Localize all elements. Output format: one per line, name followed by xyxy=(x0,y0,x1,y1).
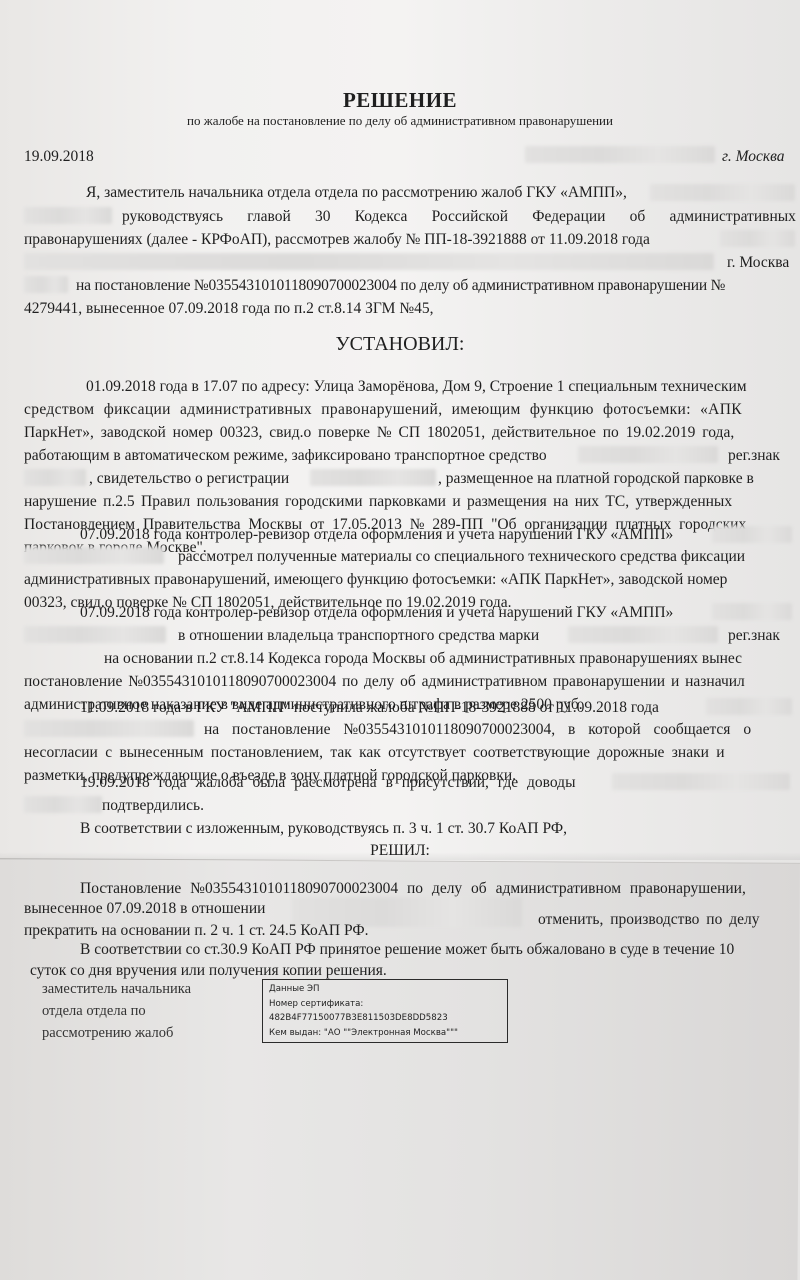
redacted-address xyxy=(24,253,714,270)
redacted-vehicle xyxy=(578,446,718,463)
redacted-name xyxy=(720,230,795,247)
redacted-name xyxy=(24,626,166,643)
ep-cert-label: Номер сертификата: xyxy=(269,997,501,1012)
established-p1-line: , размещенное на платной городской парко… xyxy=(438,470,754,488)
signatory-position: заместитель начальника отдела отдела по … xyxy=(42,978,191,1044)
redacted-address xyxy=(525,146,715,163)
intro-line-4: г. Москва xyxy=(727,254,789,272)
document-city: г. Москва xyxy=(722,148,785,166)
established-p2-line: 07.09.2018 года контролер-ревизор отдела… xyxy=(80,526,673,544)
established-p1-line: нарушение п.2.5 Правил пользования город… xyxy=(24,493,732,511)
redacted-name xyxy=(712,603,792,620)
established-p2-line: рассмотрел полученные материалы со специ… xyxy=(178,548,745,566)
redacted-text xyxy=(24,276,68,293)
electronic-signature-box: Данные ЭП Номер сертификата: 482B4F77150… xyxy=(262,979,508,1043)
intro-line-5: на постановление №0355431010118090700023… xyxy=(76,277,725,295)
established-p4-line: 11.09.2018 года в ГКУ "АМПП" поступила ж… xyxy=(80,699,659,717)
established-p6-line: В соответствии с изложенным, руководству… xyxy=(80,820,567,838)
redacted-name xyxy=(706,698,792,715)
established-p1-label: , свидетельство о регистрации xyxy=(89,470,289,488)
redacted-name xyxy=(650,184,795,201)
section-decided-heading: РЕШИЛ: xyxy=(0,842,800,860)
decided-p1-line: отменить, производство по делу xyxy=(538,911,759,929)
established-p3-label: рег.знак xyxy=(728,627,780,645)
intro-line-1: Я, заместитель начальника отдела отдела … xyxy=(86,184,627,202)
established-p3-line: 07.09.2018 года контролер-ревизор отдела… xyxy=(80,604,673,622)
established-p4-line: на постановление №0355431010118090700023… xyxy=(204,721,751,739)
established-p1-line: ПаркНет», заводской номер 00323, свид.о … xyxy=(24,424,734,442)
decided-p2-line: В соответствии со ст.30.9 КоАП РФ принят… xyxy=(80,941,734,959)
established-p3-line: постановление №0355431010118090700023004… xyxy=(24,673,745,691)
decided-p1-line: вынесенное 07.09.2018 в отношении xyxy=(24,900,265,918)
established-p5-line: подтвердились. xyxy=(102,797,204,815)
ep-issuer: Кем выдан: "АО ""Электронная Москва""" xyxy=(269,1026,501,1041)
established-p1-label: рег.знак xyxy=(728,447,780,465)
document-subtitle: по жалобе на постановление по делу об ад… xyxy=(0,113,800,129)
redacted-name xyxy=(24,720,194,737)
established-p3-line: на основании п.2 ст.8.14 Кодекса города … xyxy=(104,650,742,668)
decided-p1-line: Постановление №0355431010118090700023004… xyxy=(80,880,746,898)
redacted-name xyxy=(24,796,102,813)
redacted-name xyxy=(612,773,790,790)
ep-cert-number: 482B4F77150077B3E811503DE8DD5823 xyxy=(269,1011,501,1026)
intro-line-6: 4279441, вынесенное 07.09.2018 года по п… xyxy=(24,300,434,318)
established-p2-line: административных правонарушений, имеющег… xyxy=(24,571,727,589)
established-p1-line: 01.09.2018 года в 17.07 по адресу: Улица… xyxy=(86,378,747,396)
document-date: 19.09.2018 xyxy=(24,148,94,166)
ep-label: Данные ЭП xyxy=(269,982,501,997)
established-p3-line: в отношении владельца транспортного сред… xyxy=(178,627,539,645)
section-established-heading: УСТАНОВИЛ: xyxy=(0,333,800,356)
redacted-vehicle xyxy=(568,626,718,643)
established-p4-line: несогласии с вынесенным постановлением, … xyxy=(24,744,725,762)
established-p5-line: 19.09.2018 года жалоба была рассмотрена … xyxy=(80,774,575,792)
decided-p1-line: прекратить на основании п. 2 ч. 1 ст. 24… xyxy=(24,922,368,940)
established-p1-line: средством фиксации административных прав… xyxy=(24,401,742,419)
established-p1-line: работающим в автоматическом режиме, зафи… xyxy=(24,447,547,465)
redacted-registration xyxy=(310,469,436,486)
redacted-name xyxy=(24,207,112,224)
redacted-name xyxy=(712,526,792,543)
redacted-plate xyxy=(24,469,86,486)
redacted-name xyxy=(24,547,164,564)
intro-line-2: руководствуясьглавой30КодексаРоссийскойФ… xyxy=(122,208,796,226)
intro-line-3: правонарушениях (далее - КРФоАП), рассмо… xyxy=(24,231,650,249)
document-title: РЕШЕНИЕ xyxy=(0,88,800,113)
